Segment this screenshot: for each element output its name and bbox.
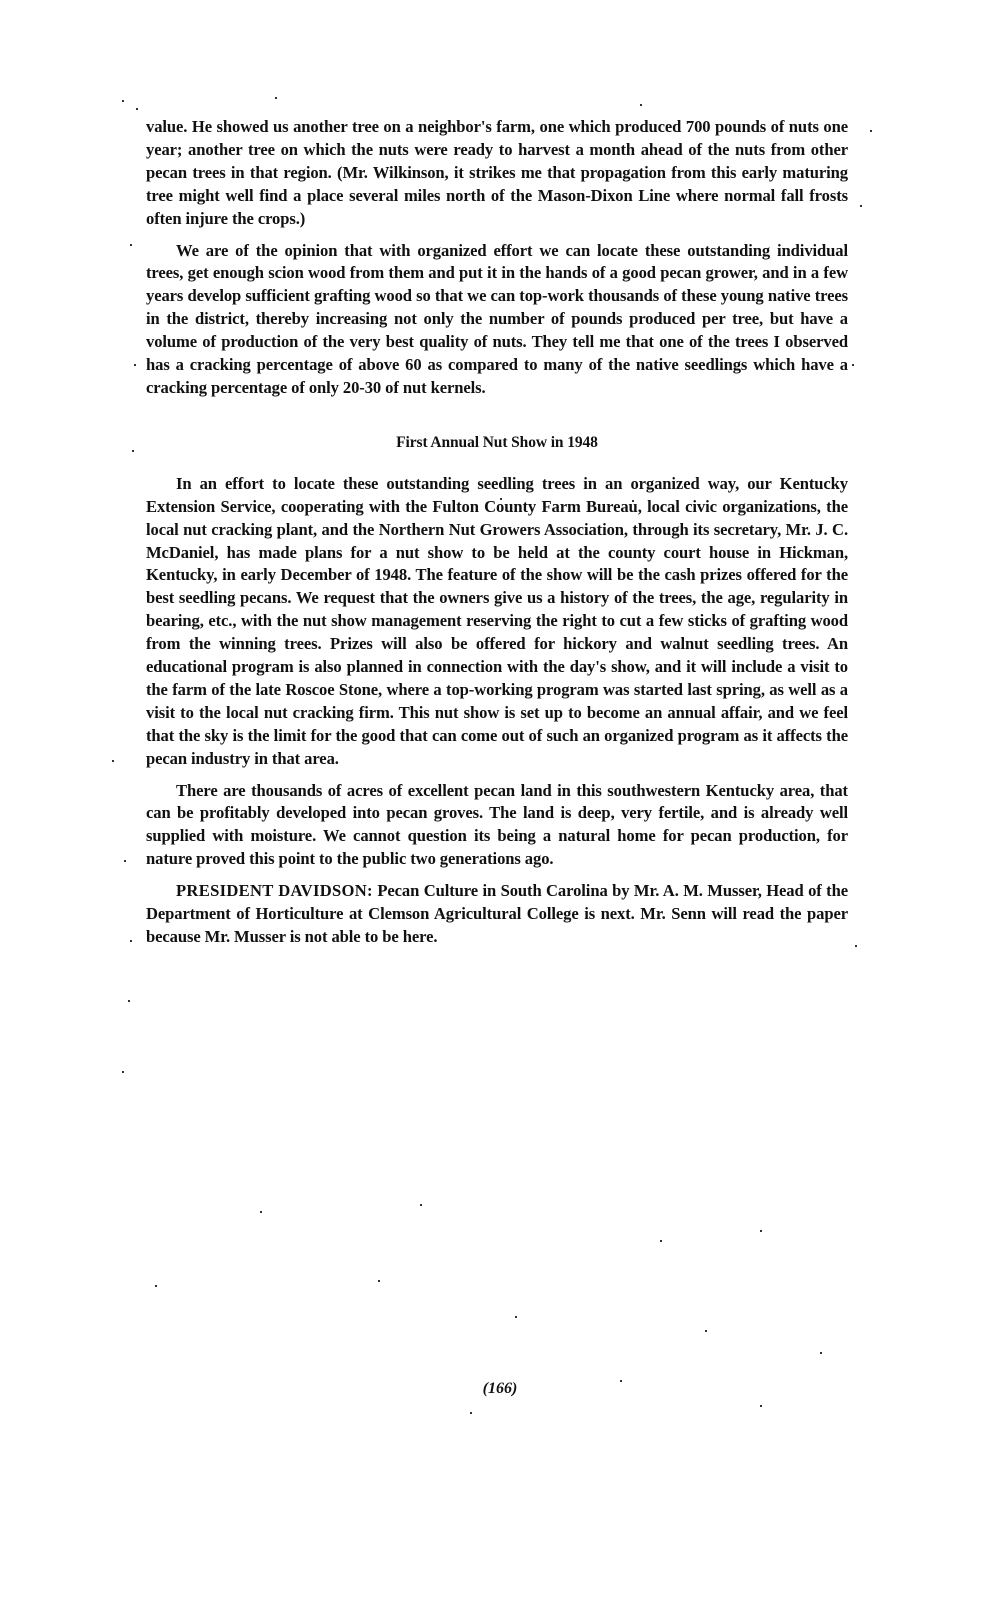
speaker-label: PRESIDENT DAVIDSON: (176, 881, 373, 900)
paragraph-pecan-land: There are thousands of acres of excellen… (146, 780, 848, 872)
section-heading: First Annual Nut Show in 1948 (146, 432, 848, 455)
paragraph-continuation: value. He showed us another tree on a ne… (146, 116, 848, 231)
paragraph-opinion: We are of the opinion that with organize… (146, 240, 848, 400)
page-number: (166) (0, 1380, 1000, 1398)
paragraph-nut-show: In an effort to locate these outstanding… (146, 473, 848, 771)
document-body: value. He showed us another tree on a ne… (146, 116, 848, 949)
paragraph-president-remark: PRESIDENT DAVIDSON: Pecan Culture in Sou… (146, 880, 848, 949)
